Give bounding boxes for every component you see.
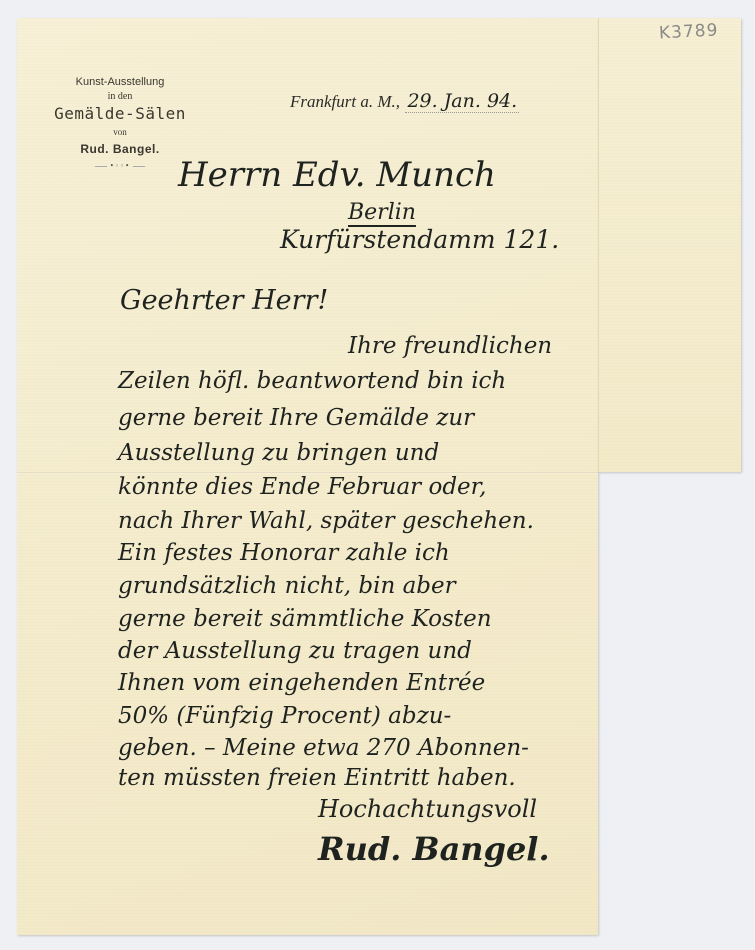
body-line: gerne bereit sämmtliche Kosten bbox=[118, 606, 492, 632]
recipient-city: Berlin bbox=[348, 200, 416, 225]
body-line: ten müssten freien Eintritt haben. bbox=[118, 765, 516, 791]
recipient-name: Herrn Edv. Munch bbox=[178, 155, 496, 195]
body-line: könnte dies Ende Februar oder, bbox=[118, 474, 486, 500]
dateline: Frankfurt a. M., 29. Jan. 94. bbox=[290, 90, 519, 112]
body-line: nach Ihrer Wahl, später geschehen. bbox=[118, 508, 534, 534]
body-line: gerne bereit Ihre Gemälde zur bbox=[118, 405, 474, 431]
closing: Hochachtungsvoll bbox=[318, 795, 537, 823]
letterhead-von: von bbox=[30, 127, 210, 137]
body-line: Ihre freundlichen bbox=[348, 333, 552, 359]
letterhead-owner: Rud. Bangel. bbox=[30, 142, 210, 156]
body-line: Ihnen vom eingehenden Entrée bbox=[118, 670, 485, 696]
body-line: der Ausstellung zu tragen und bbox=[118, 638, 472, 664]
signature: Rud. Bangel. bbox=[318, 830, 550, 868]
recipient-street: Kurfürstendamm 121. bbox=[280, 225, 559, 254]
body-line: geben. – Meine etwa 270 Abonnen- bbox=[118, 735, 529, 761]
archive-number: K3789 bbox=[659, 20, 719, 43]
letterhead-title: Kunst-Ausstellung bbox=[30, 76, 210, 88]
body-line: 50% (Fünfzig Procent) abzu- bbox=[118, 703, 451, 729]
salutation: Geehrter Herr! bbox=[120, 285, 328, 316]
letterhead-venue: Gemälde-Sälen bbox=[30, 104, 210, 123]
letterhead-preposition: in den bbox=[30, 91, 210, 102]
body-line: grundsätzlich nicht, bin aber bbox=[118, 573, 456, 599]
folded-back-flap bbox=[598, 18, 741, 472]
body-line: Ein festes Honorar zahle ich bbox=[118, 540, 450, 566]
printed-place: Frankfurt a. M., bbox=[290, 92, 400, 111]
body-line: Ausstellung zu bringen und bbox=[118, 440, 439, 466]
handwritten-date: 29. Jan. 94. bbox=[405, 90, 519, 113]
body-line: Zeilen höfl. beantwortend bin ich bbox=[118, 368, 506, 394]
